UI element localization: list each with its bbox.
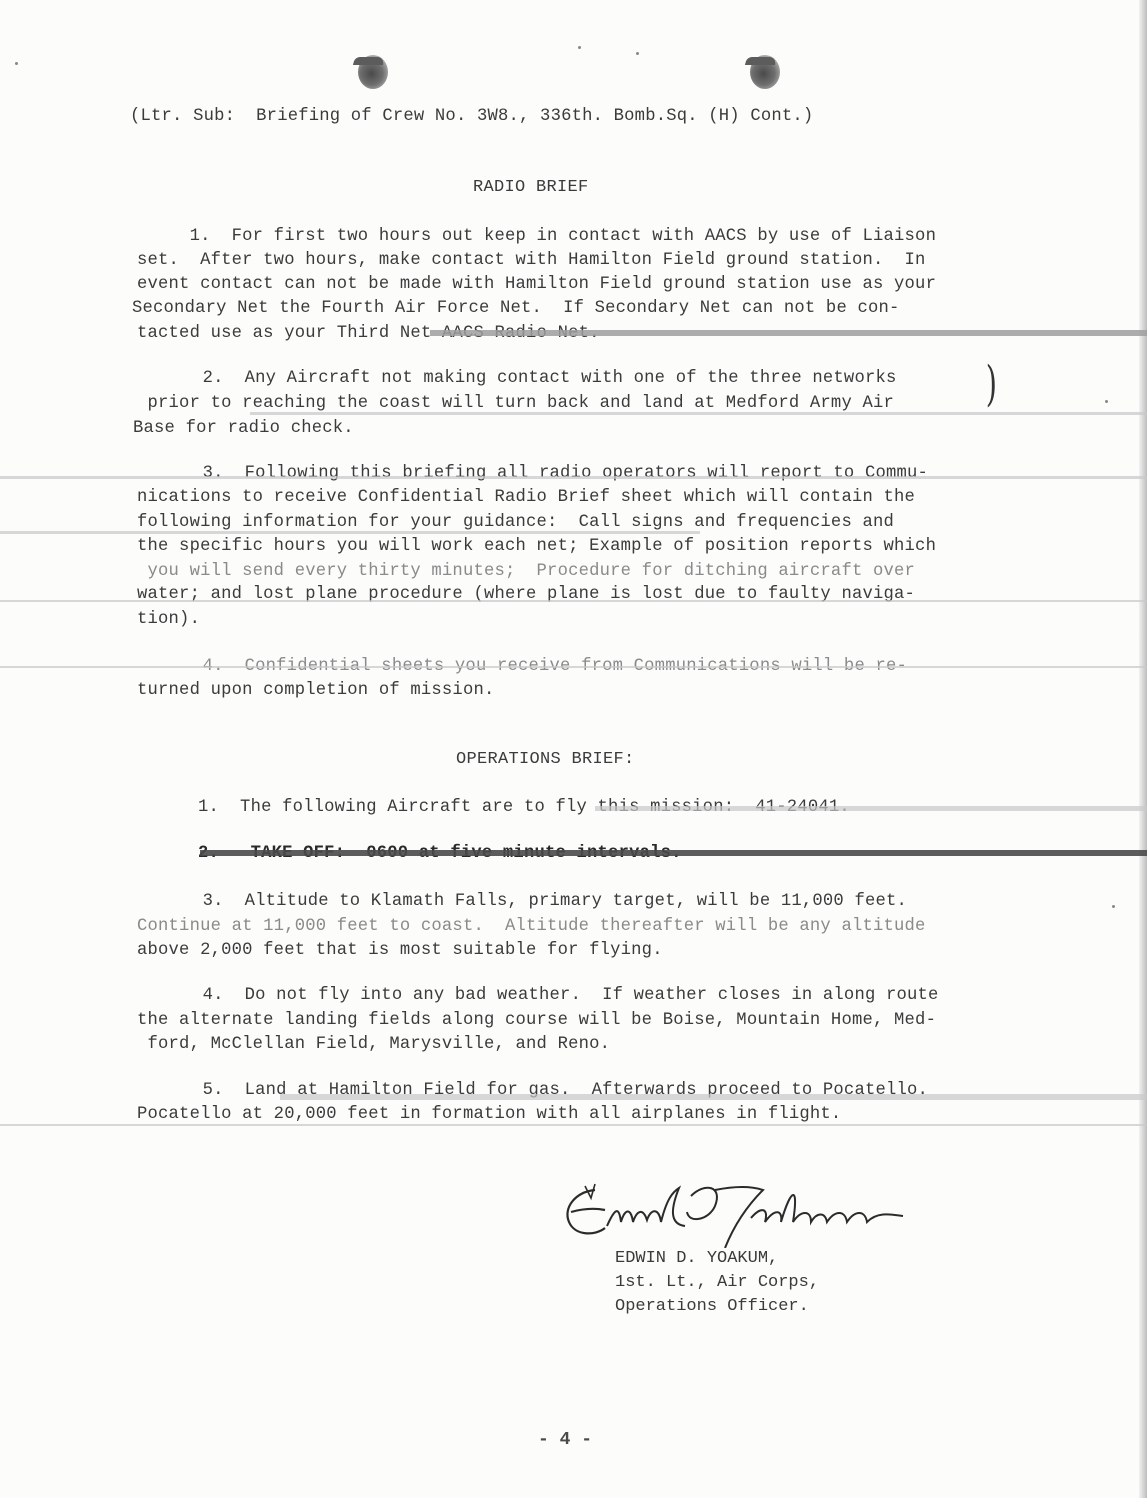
text-line: the specific hours you will work each ne… <box>137 538 936 555</box>
punch-hole-icon <box>358 55 388 89</box>
text-line: nications to receive Confidential Radio … <box>137 489 915 506</box>
text-line: 3. Following this briefing all radio ope… <box>150 465 928 482</box>
scan-streak <box>430 330 1147 336</box>
page-number: - 4 - <box>538 1430 592 1450</box>
text-line: tion). <box>137 611 200 628</box>
punch-hole-icon <box>750 55 780 89</box>
handwritten-signature <box>555 1178 975 1248</box>
text-line: Secondary Net the Fourth Air Force Net. … <box>132 300 900 317</box>
scan-speck <box>578 46 581 49</box>
text-line: event contact can not be made with Hamil… <box>137 276 936 293</box>
text-line: 2. Any Aircraft not making contact with … <box>150 370 897 387</box>
text-line: following information for your guidance:… <box>137 514 894 531</box>
text-line: the alternate landing fields along cours… <box>137 1012 936 1029</box>
scan-speck <box>1105 400 1108 403</box>
radio-brief-heading: RADIO BRIEF <box>473 179 589 196</box>
subject-line: (Ltr. Sub: Briefing of Crew No. 3W8., 33… <box>130 108 813 125</box>
signatory-rank: 1st. Lt., Air Corps, <box>615 1274 819 1291</box>
text-line: above 2,000 feet that is most suitable f… <box>137 942 663 959</box>
text-line: 3. Altitude to Klamath Falls, primary ta… <box>150 893 907 910</box>
margin-bracket: ) <box>986 360 997 408</box>
text-line: prior to reaching the coast will turn ba… <box>137 395 894 412</box>
text-line: Pocatello at 20,000 feet in formation wi… <box>137 1106 841 1123</box>
scan-streak <box>0 600 1147 602</box>
scan-streak <box>200 850 1147 856</box>
text-line: ford, McClellan Field, Marysville, and R… <box>137 1036 610 1053</box>
scan-speck <box>15 62 18 65</box>
text-line: Base for radio check. <box>133 420 354 437</box>
scan-speck <box>636 52 639 55</box>
scan-streak <box>280 1094 1147 1100</box>
scan-streak <box>595 806 1147 811</box>
scan-speck <box>1112 905 1115 908</box>
operations-brief-heading: OPERATIONS BRIEF: <box>456 751 635 768</box>
scan-streak <box>0 666 1147 668</box>
text-line: turned upon completion of mission. <box>137 682 494 699</box>
text-line: 1. For first two hours out keep in conta… <box>137 228 936 245</box>
scan-edge-shadow <box>1139 0 1147 1498</box>
scan-streak <box>0 531 700 534</box>
scan-streak <box>250 412 1147 415</box>
scan-streak <box>0 476 1147 479</box>
text-line: set. After two hours, make contact with … <box>137 252 926 269</box>
scan-streak <box>0 1124 1147 1126</box>
text-line: 4. Do not fly into any bad weather. If w… <box>150 987 939 1004</box>
text-line: Continue at 11,000 feet to coast. Altitu… <box>137 918 926 935</box>
document-page: (Ltr. Sub: Briefing of Crew No. 3W8., 33… <box>0 0 1147 1498</box>
signatory-name: EDWIN D. YOAKUM, <box>615 1250 778 1267</box>
text-line: you will send every thirty minutes; Proc… <box>137 563 915 580</box>
signatory-title: Operations Officer. <box>615 1298 809 1315</box>
